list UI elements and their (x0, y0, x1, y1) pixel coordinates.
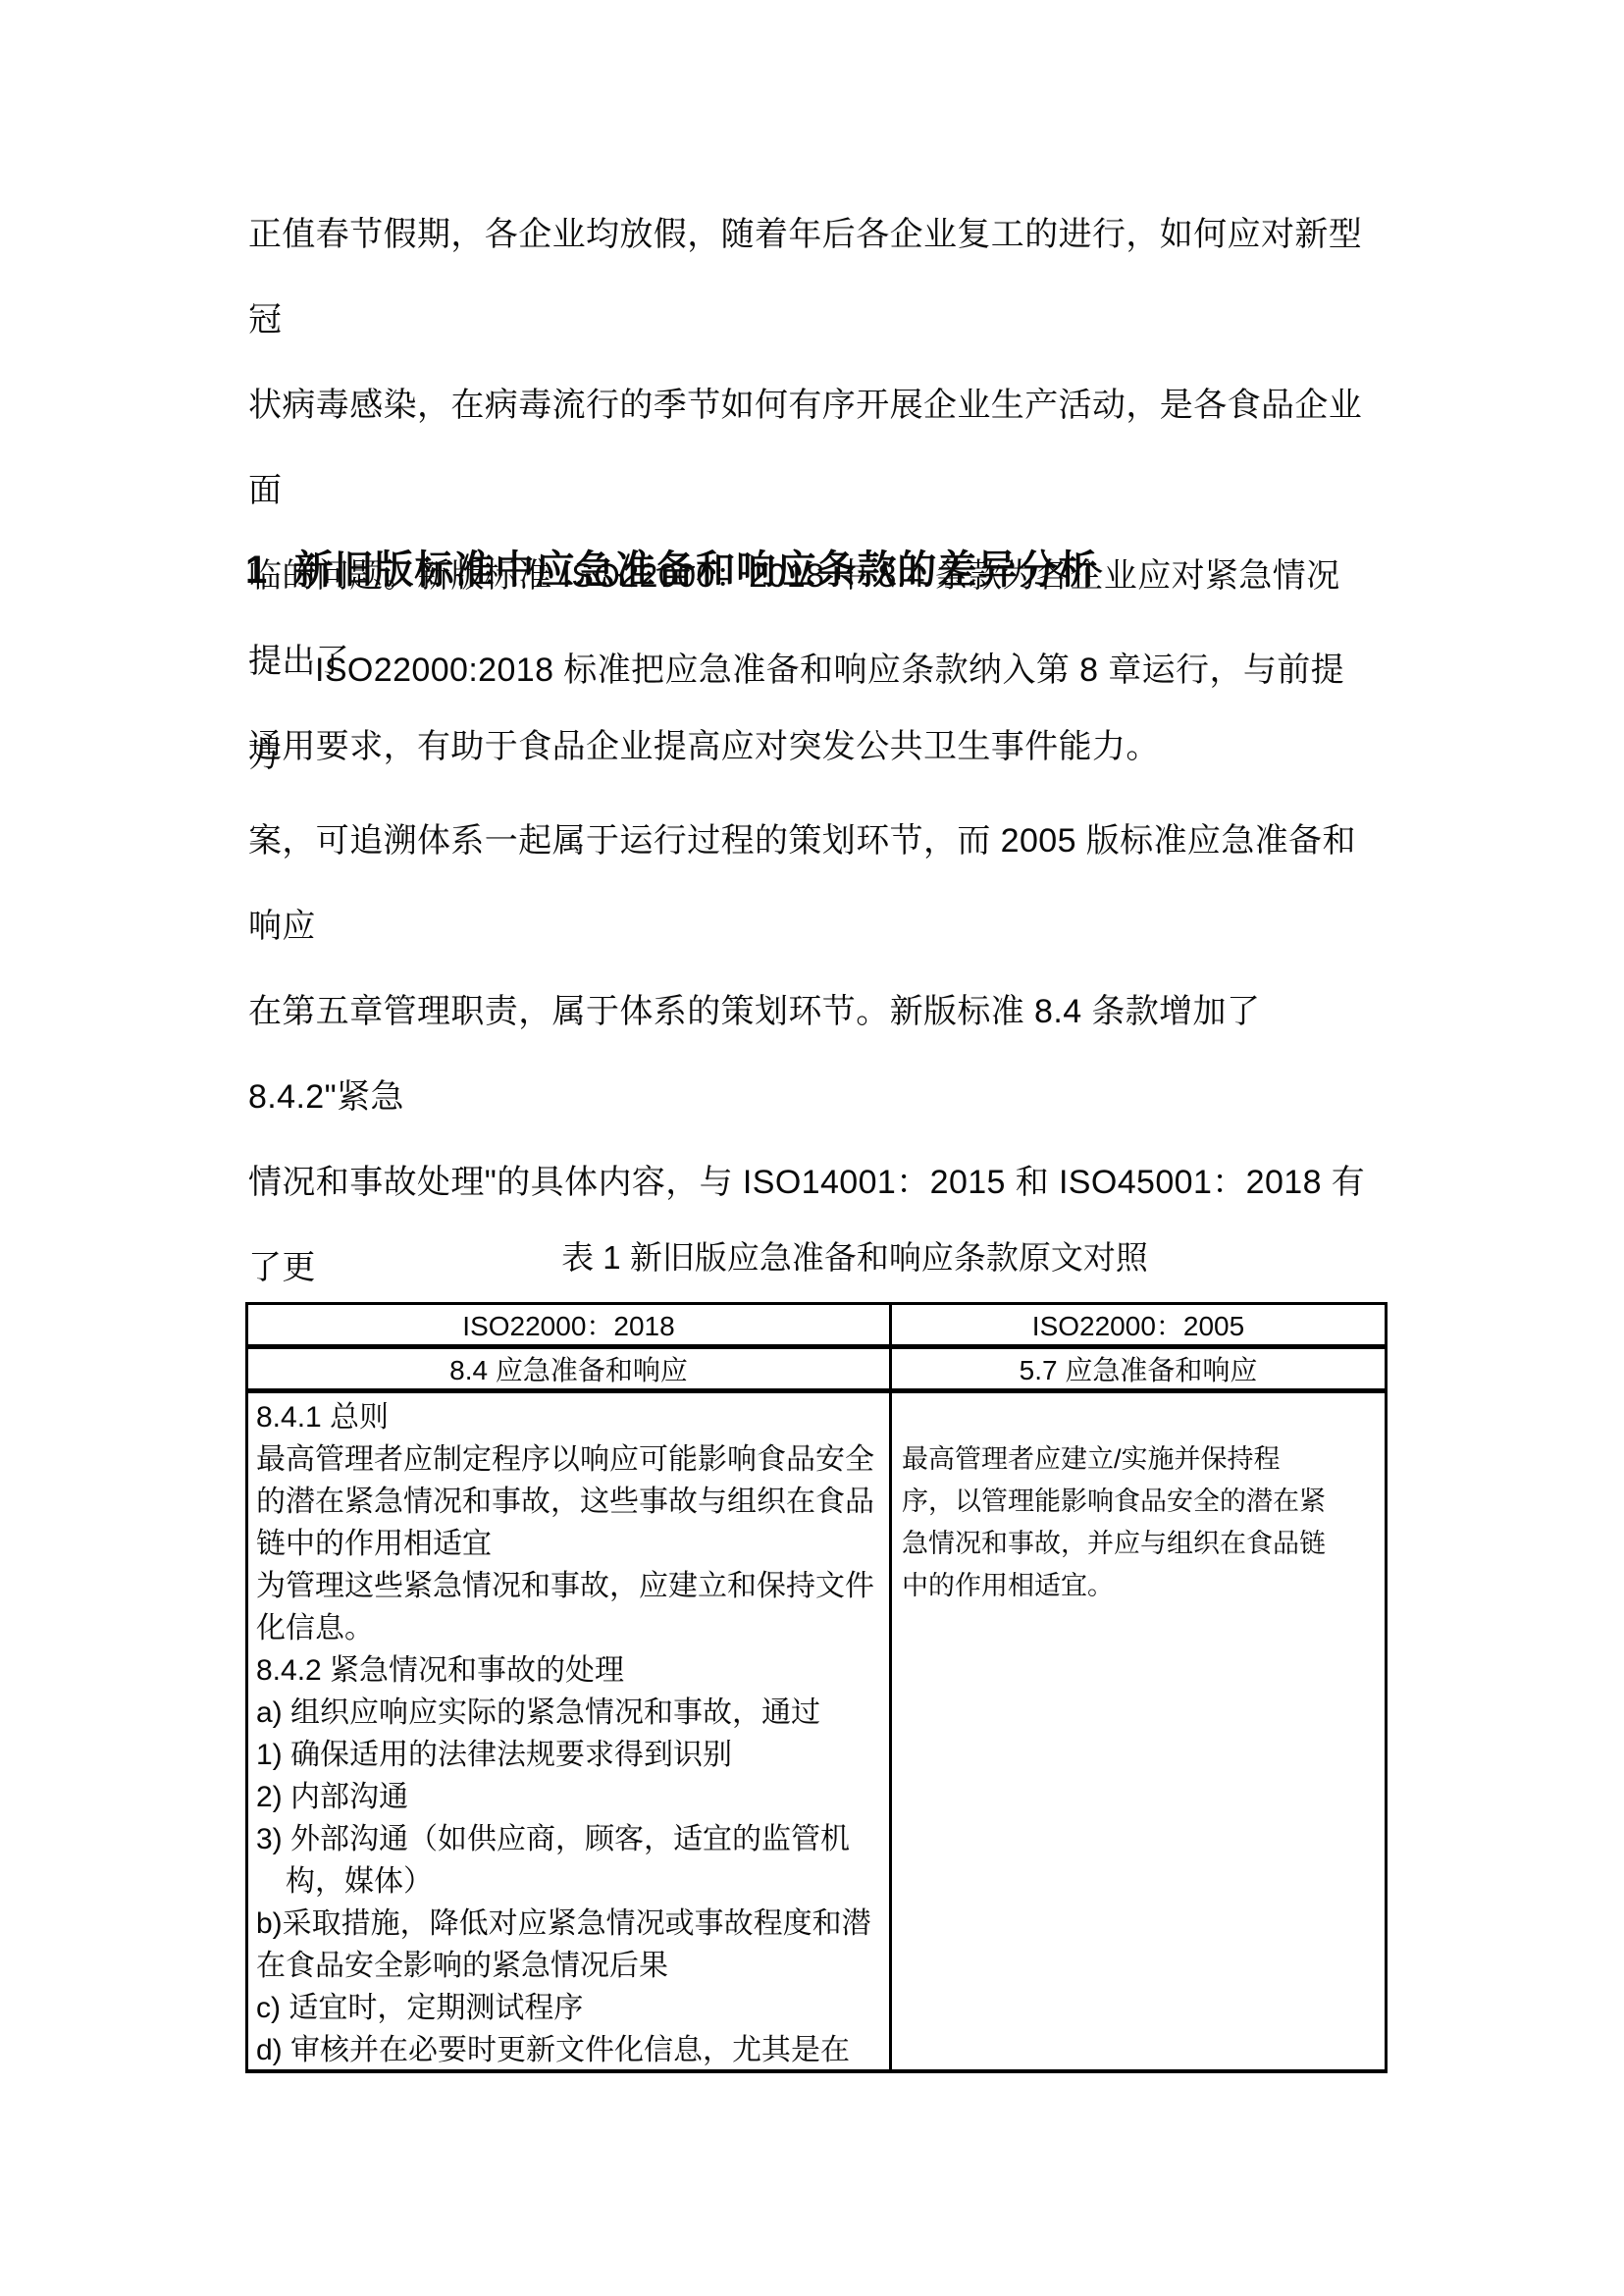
section-heading: 1 新旧版标准中应急准备和响应条款的差异分析 (245, 542, 1384, 599)
table-header-row: ISO22000：2018 ISO22000：2005 (248, 1305, 1385, 1349)
table-caption: 表 1 新旧版应急准备和响应条款原文对照 (295, 1238, 1414, 1278)
table-subheader-row: 8.4 应急准备和响应 5.7 应急准备和响应 (248, 1349, 1385, 1393)
table-header-new-standard: ISO22000：2018 (248, 1305, 892, 1344)
comparison-table: ISO22000：2018 ISO22000：2005 8.4 应急准备和响应 … (245, 1302, 1388, 2073)
table-subheader-old-clause: 5.7 应急准备和响应 (892, 1349, 1385, 1388)
table-cell-new-standard-text: 8.4.1 总则 最高管理者应制定程序以响应可能影响食品安全 的潜在紧急情况和事… (248, 1393, 892, 2069)
table-header-old-standard: ISO22000：2005 (892, 1305, 1385, 1344)
table-cell-old-standard-text: 最高管理者应建立/实施并保持程 序，以管理能影响食品安全的潜在紧 急情况和事故，… (892, 1393, 1385, 2069)
table-body-row: 8.4.1 总则 最高管理者应制定程序以响应可能影响食品安全 的潜在紧急情况和事… (248, 1393, 1385, 2069)
table-subheader-new-clause: 8.4 应急准备和响应 (248, 1349, 892, 1388)
document-page: 正值春节假期，各企业均放假，随着年后各企业复工的进行，如何应对新型冠 状病毒感染… (0, 0, 1624, 2296)
